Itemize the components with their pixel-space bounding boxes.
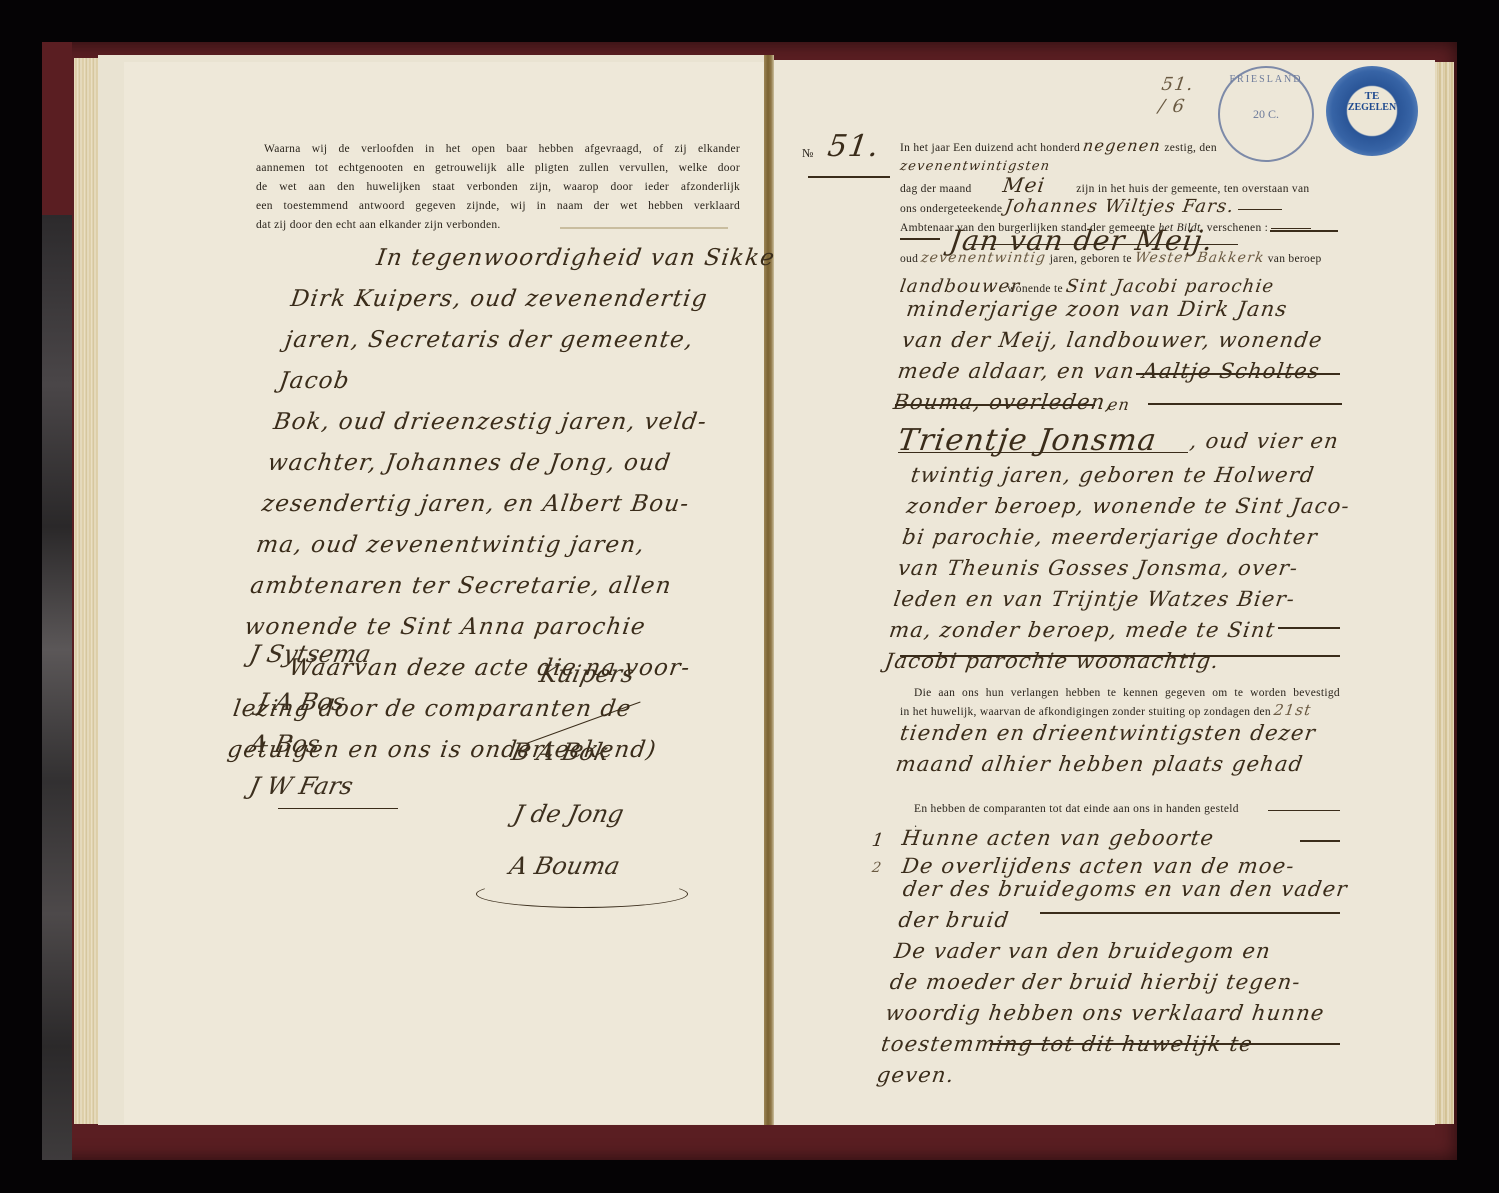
handwritten-line: Jacobi parochie woonachtig. [883,646,1337,677]
stamp-text: FRIESLAND [1220,74,1312,85]
stamp-text: TE [1326,90,1418,102]
printed-text: zijn in het huis der gemeente, ten overs… [1076,183,1309,195]
cover-cloth-corner [42,42,72,215]
printed-line: in het huwelijk, waarvan de afkondiginge… [900,706,1271,718]
groom-age: zevenentwintig [920,251,1047,265]
handwritten-line: De vader van den bruidegom en [892,936,1356,967]
filler-rule [560,227,728,229]
signature: B A Bok [509,738,612,766]
left-printed-paragraph: Waarna wij de verloofden in het open baa… [256,140,740,235]
printed-text: jaren, geboren te [1050,253,1132,265]
handwritten-line: Dirk Kuipers, oud zevenendertig [288,279,774,320]
handwritten-line: ma, zonder beroep, mede te Sint [887,615,1341,646]
printed-line: de wet aan den huwelijken staat verbonde… [256,178,740,197]
printed-line: Waarna wij de verloofden in het open baa… [256,140,740,159]
handwritten-line: zesendertig jaren, en Albert Bou- [259,484,745,525]
proclamation-handwritten: tienden en drieentwintigsten dezer maand… [894,718,1353,780]
handwritten-line: der des bruidegoms en van den vader [901,874,1365,905]
printed-line: Die aan ons hun verlangen hebben te kenn… [900,684,1340,703]
stamp-text: ZEGELEN [1326,102,1418,113]
signature: A Bouma [507,852,623,880]
handwritten-line: ambtenaren ter Secretarie, allen [248,566,734,607]
handwritten-line: twintig jaren, geboren te Holwerd [909,460,1363,491]
record-number-underline [808,176,890,178]
handwritten-line: toestemming tot dit huwelijk te [879,1029,1343,1060]
signature: Kuipers [537,660,637,688]
handwritten-line: geven. [875,1060,1339,1091]
signature: J Sytsema [247,640,373,668]
intro-line: ons ondergeteekende Johannes Wiltjes Far… [900,199,1340,219]
signature: J W Fars [247,772,356,800]
bride-line-1-suffix: , oud vier en [1188,426,1341,457]
printed-text: zestig, den [1164,142,1216,154]
handwritten-line: ma, oud zevenentwintig jaren, [253,525,739,566]
stamp-text: 20 C. [1220,107,1312,122]
documents-handwritten: der des bruidegoms en van den vader der … [875,874,1365,1091]
filler-rule [895,404,1095,406]
handwritten-line: zonder beroep, wonende te Sint Jaco- [905,491,1359,522]
handwritten-line: bi parochie, meerderjarige dochter [900,522,1354,553]
printed-line: een toestemmend antwoord gegeven zijnde,… [256,197,740,216]
filler-rule [1278,627,1340,629]
handwritten-line: maand alhier hebben plaats gehad [894,749,1348,780]
printed-text: ons ondergeteekende [900,203,1002,215]
marbled-cover-edge [42,215,72,1160]
handwritten-line: mede aldaar, en van Aaltje Scholtes [896,356,1350,387]
handwritten-year: negenen [1082,138,1162,154]
handwritten-line: woordig hebben ons verklaard hunne [883,998,1347,1029]
handwritten-date: 21st [1273,703,1313,717]
handwritten-line: In tegenwoordigheid van Sikke [294,238,780,279]
handwritten-line: der bruid [897,905,1361,936]
margin-note: 51. / 6 [1157,74,1203,118]
signature: A Bos [247,730,322,758]
record-number-label: № [802,144,814,163]
handwritten-line: leden en van Trijntje Watzes Bier- [891,584,1345,615]
book-gutter [764,55,774,1125]
filler-rule [1300,840,1340,842]
handwritten-line: de moeder der bruid hierbij tegen- [888,967,1352,998]
bride-name: Trientje Jonsma [895,420,1160,461]
filler-rule [1040,912,1340,914]
filler-rule [1238,209,1282,210]
handwritten-line: jaren, Secretaris der gemeente, Jacob [276,320,768,402]
printed-line: dat zij door den echt aan elkander zijn … [256,216,740,235]
filler-rule [1148,403,1342,405]
filler-rule [1136,373,1340,375]
bride-handwritten-block: twintig jaren, geboren te Holwerd zonder… [883,460,1363,677]
right-page-stack [1432,62,1454,1124]
handwritten-month: Mei [1002,177,1047,193]
filler-rule [1268,810,1340,811]
groom-birthplace: Wester Bakkerk [1134,251,1266,265]
printed-text: van beroep [1268,253,1322,265]
filler-rule [900,655,1340,657]
printed-line: aannemen tot echtgenooten en getrouwelij… [256,159,740,178]
handwritten-line: van der Meij, landbouwer, wonende [900,325,1354,356]
handwritten-line: minderjarige zoon van Dirk Jans [904,294,1358,325]
filler-rule [990,1043,1340,1045]
filler-rule [1271,228,1311,229]
signature: J A Bos [255,688,348,716]
record-number: 51. [825,126,882,167]
signature: J de Jong [511,800,626,828]
printed-text: oud [900,253,918,265]
signature-flourish [476,880,688,908]
intro-line: In het jaar Een duizend acht honderd neg… [900,138,1340,177]
handwritten-line: wachter, Johannes de Jong, oud [265,443,751,484]
handwritten-line: tienden en drieentwintigsten dezer [898,718,1352,749]
groom-name-underline [968,244,1238,245]
printed-text: dag der maand [900,183,972,195]
filler-rule [900,238,940,240]
proclamation-printed: Die aan ons hun verlangen hebben te kenn… [900,684,1340,722]
handwritten-line: Bok, oud drieenzestig jaren, veld- [271,402,757,443]
handwritten-line: van Theunis Gosses Jonsma, over- [896,553,1350,584]
handwritten-day: zevenentwintigsten [899,160,1051,174]
filler-rule [1270,230,1338,232]
signature-flourish [278,808,398,809]
bride-name-underline [898,452,1188,453]
handwritten-official-name: Johannes Wiltjes Fars. [1004,199,1236,215]
printed-text: In het jaar Een duizend acht honderd [900,142,1080,154]
